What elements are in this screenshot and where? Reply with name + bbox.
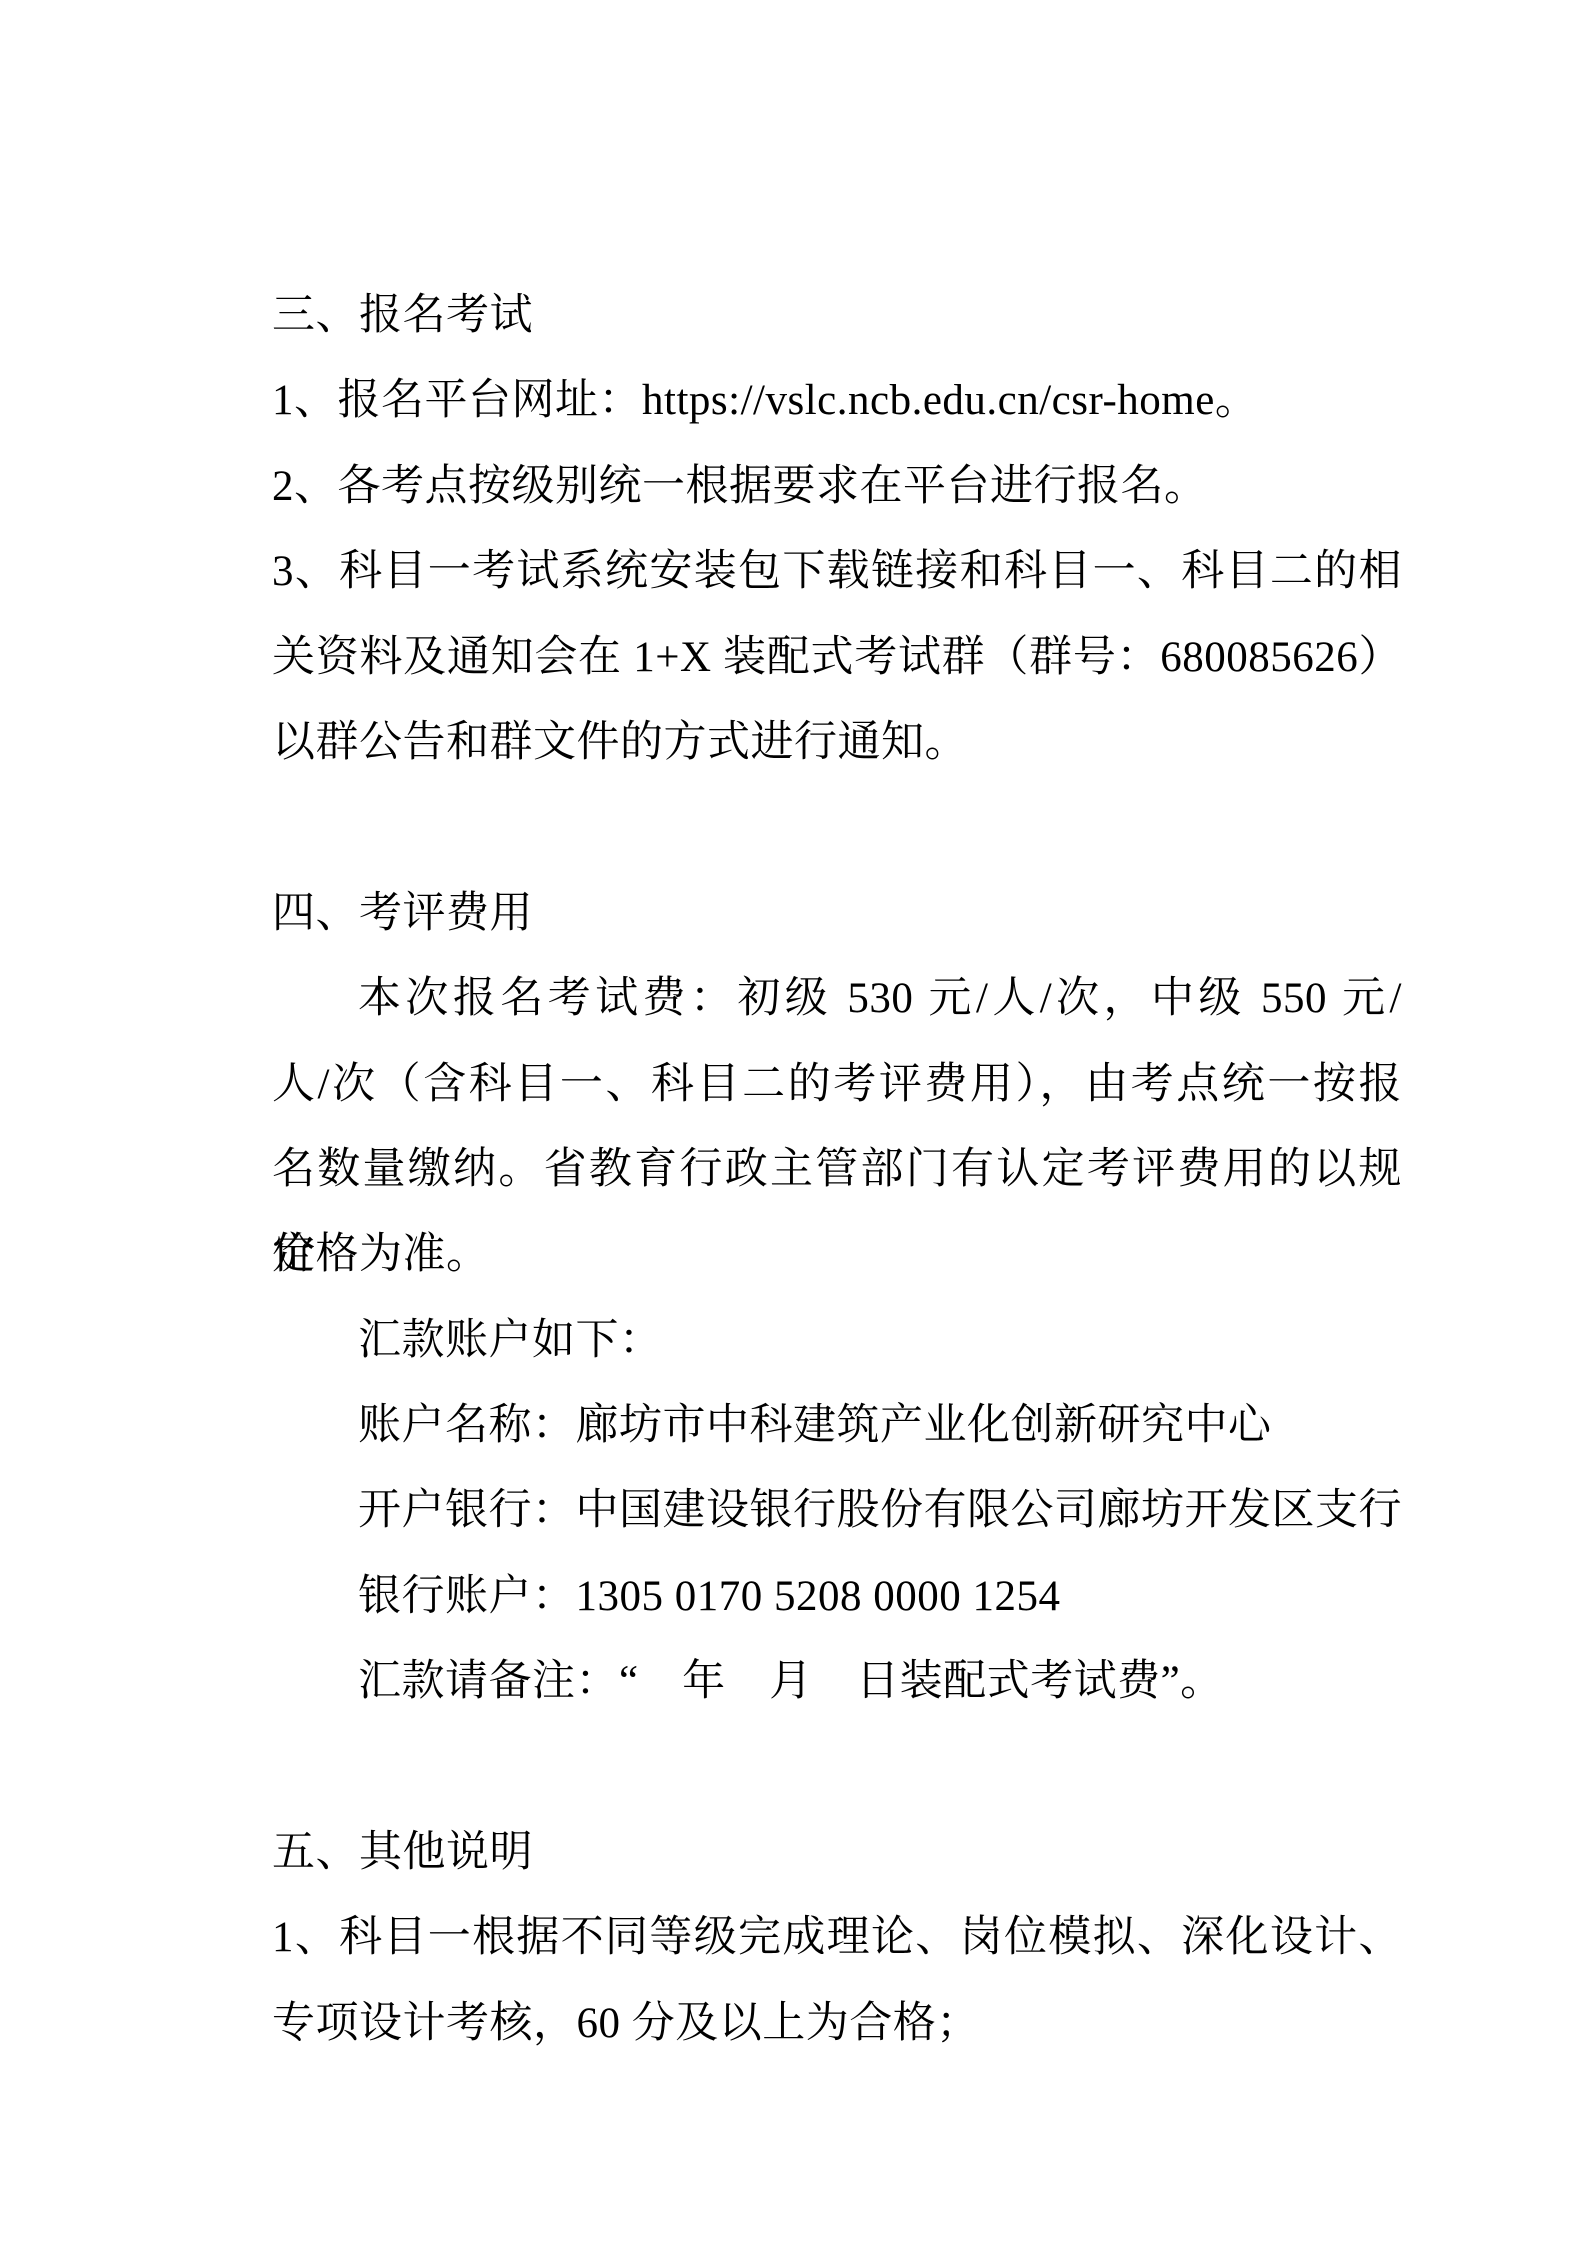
line-subject1-package-2: 关资料及通知会在 1+X 装配式考试群（群号：680085626）	[272, 615, 1402, 700]
line-bank-account-number: 银行账户：1305 0170 5208 0000 1254	[272, 1554, 1402, 1639]
line-remittance-intro: 汇款账户如下：	[272, 1298, 1402, 1383]
line-registration-rule: 2、各考点按级别统一根据要求在平台进行报名。	[272, 444, 1402, 529]
section-heading-registration: 三、报名考试	[272, 273, 1402, 358]
line-remittance-memo: 汇款请备注：“ 年 月 日装配式考试费”。	[272, 1639, 1402, 1724]
blank-line	[272, 785, 1402, 870]
line-fee-1: 本次报名考试费：初级 530 元/人/次，中级 550 元/	[272, 956, 1402, 1041]
line-bank-name: 开户银行：中国建设银行股份有限公司廊坊开发区支行	[272, 1468, 1402, 1553]
line-subject1-package-1: 3、科目一考试系统安装包下载链接和科目一、科目二的相	[272, 529, 1402, 614]
line-fee-4: 价格为准。	[272, 1212, 1402, 1297]
line-fee-2: 人/次（含科目一、科目二的考评费用），由考点统一按报	[272, 1042, 1402, 1127]
line-account-name: 账户名称：廊坊市中科建筑产业化创新研究中心	[272, 1383, 1402, 1468]
line-note-1b: 专项设计考核，60 分及以上为合格；	[272, 1981, 1402, 2066]
line-fee-3: 名数量缴纳。省教育行政主管部门有认定考评费用的以规定	[272, 1127, 1402, 1212]
section-heading-other-notes: 五、其他说明	[272, 1810, 1402, 1895]
line-subject1-package-3: 以群公告和群文件的方式进行通知。	[272, 700, 1402, 785]
document-page: 三、报名考试 1、报名平台网址：https://vslc.ncb.edu.cn/…	[0, 0, 1587, 2245]
blank-line	[272, 1725, 1402, 1810]
line-platform-url: 1、报名平台网址：https://vslc.ncb.edu.cn/csr-hom…	[272, 358, 1402, 443]
document-content: 三、报名考试 1、报名平台网址：https://vslc.ncb.edu.cn/…	[272, 273, 1402, 2066]
section-heading-fees: 四、考评费用	[272, 871, 1402, 956]
line-note-1a: 1、科目一根据不同等级完成理论、岗位模拟、深化设计、	[272, 1895, 1402, 1980]
